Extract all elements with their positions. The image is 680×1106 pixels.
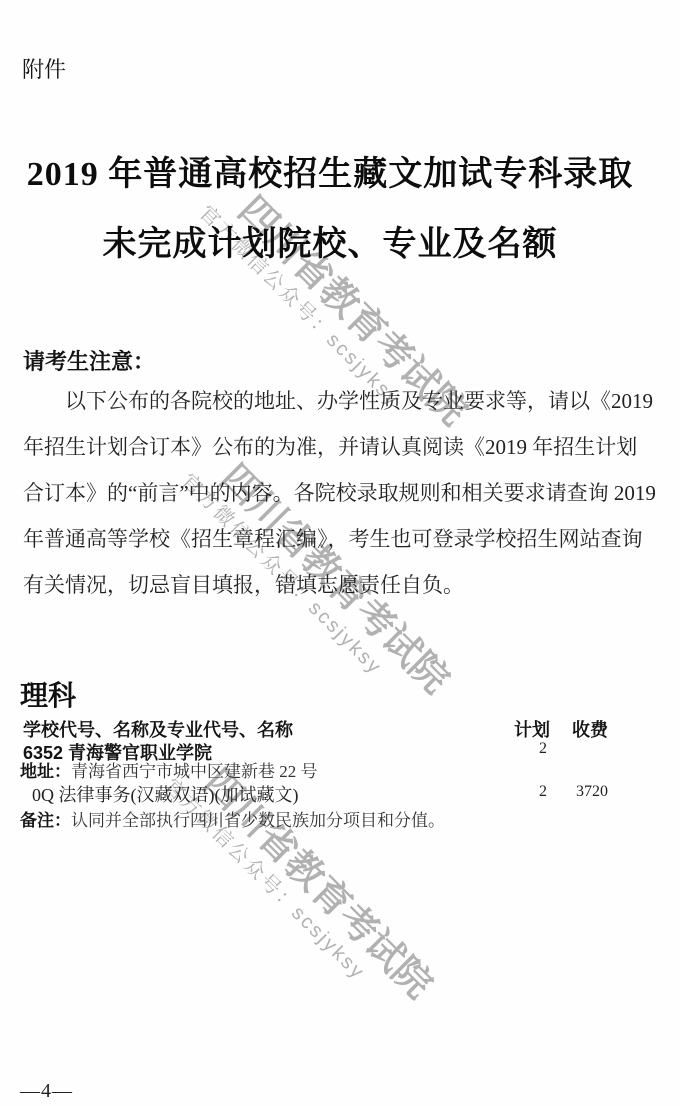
remark-line: 备注：认同并全部执行四川省少数民族加分项目和分值。: [20, 806, 445, 831]
table-row-major: 0Q 法律事务(汉藏双语)(加试藏文): [32, 781, 298, 807]
major-plan-value: 2: [531, 783, 555, 801]
notice-paragraph: 以下公布的各院校的地址、办学性质及专业要求等，请以《2019 年招生计划合订本》…: [23, 378, 637, 608]
notice-line: 年招生计划合订本》公布的为准，并请认真阅读《2019 年招生计划: [23, 424, 637, 470]
notice-heading: 请考生注意：: [23, 345, 155, 376]
notice-line: 有关情况，切忌盲目填报，错填志愿责任自负。: [23, 562, 637, 608]
major-fee-value: 3720: [576, 783, 608, 801]
document-page: 四川省教育考试院 官方微信公众号：scsjyksy 四川省教育考试院 官方微信公…: [0, 0, 680, 1106]
document-title-line2: 未完成计划院校、专业及名额: [24, 216, 636, 265]
column-header-plan: 计划: [514, 716, 550, 742]
remark-value: 认同并全部执行四川省少数民族加分项目和分值。: [71, 811, 445, 830]
column-header-fee: 收费: [572, 716, 608, 742]
remark-label: 备注：: [20, 811, 71, 830]
address-value: 青海省西宁市城中区建新巷 22 号: [71, 762, 318, 781]
address-line: 地址：青海省西宁市城中区建新巷 22 号: [20, 757, 318, 782]
document-title-line1: 2019 年普通高校招生藏文加试专科录取: [24, 146, 636, 195]
notice-line: 以下公布的各院校的地址、办学性质及专业要求等，请以《2019: [23, 378, 637, 424]
section-title-science: 理科: [20, 674, 76, 714]
page-number: —4—: [20, 1080, 73, 1103]
address-label: 地址：: [20, 762, 71, 781]
school-plan-value: 2: [531, 740, 555, 758]
notice-line: 合订本》的“前言”中的内容。各院校录取规则和相关要求请查询 2019: [23, 470, 637, 516]
notice-line: 年普通高等学校《招生章程汇编》，考生也可登录学校招生网站查询: [23, 516, 637, 562]
document-content: 附件 2019 年普通高校招生藏文加试专科录取 未完成计划院校、专业及名额 请考…: [0, 0, 680, 1106]
attachment-label: 附件: [22, 53, 66, 84]
